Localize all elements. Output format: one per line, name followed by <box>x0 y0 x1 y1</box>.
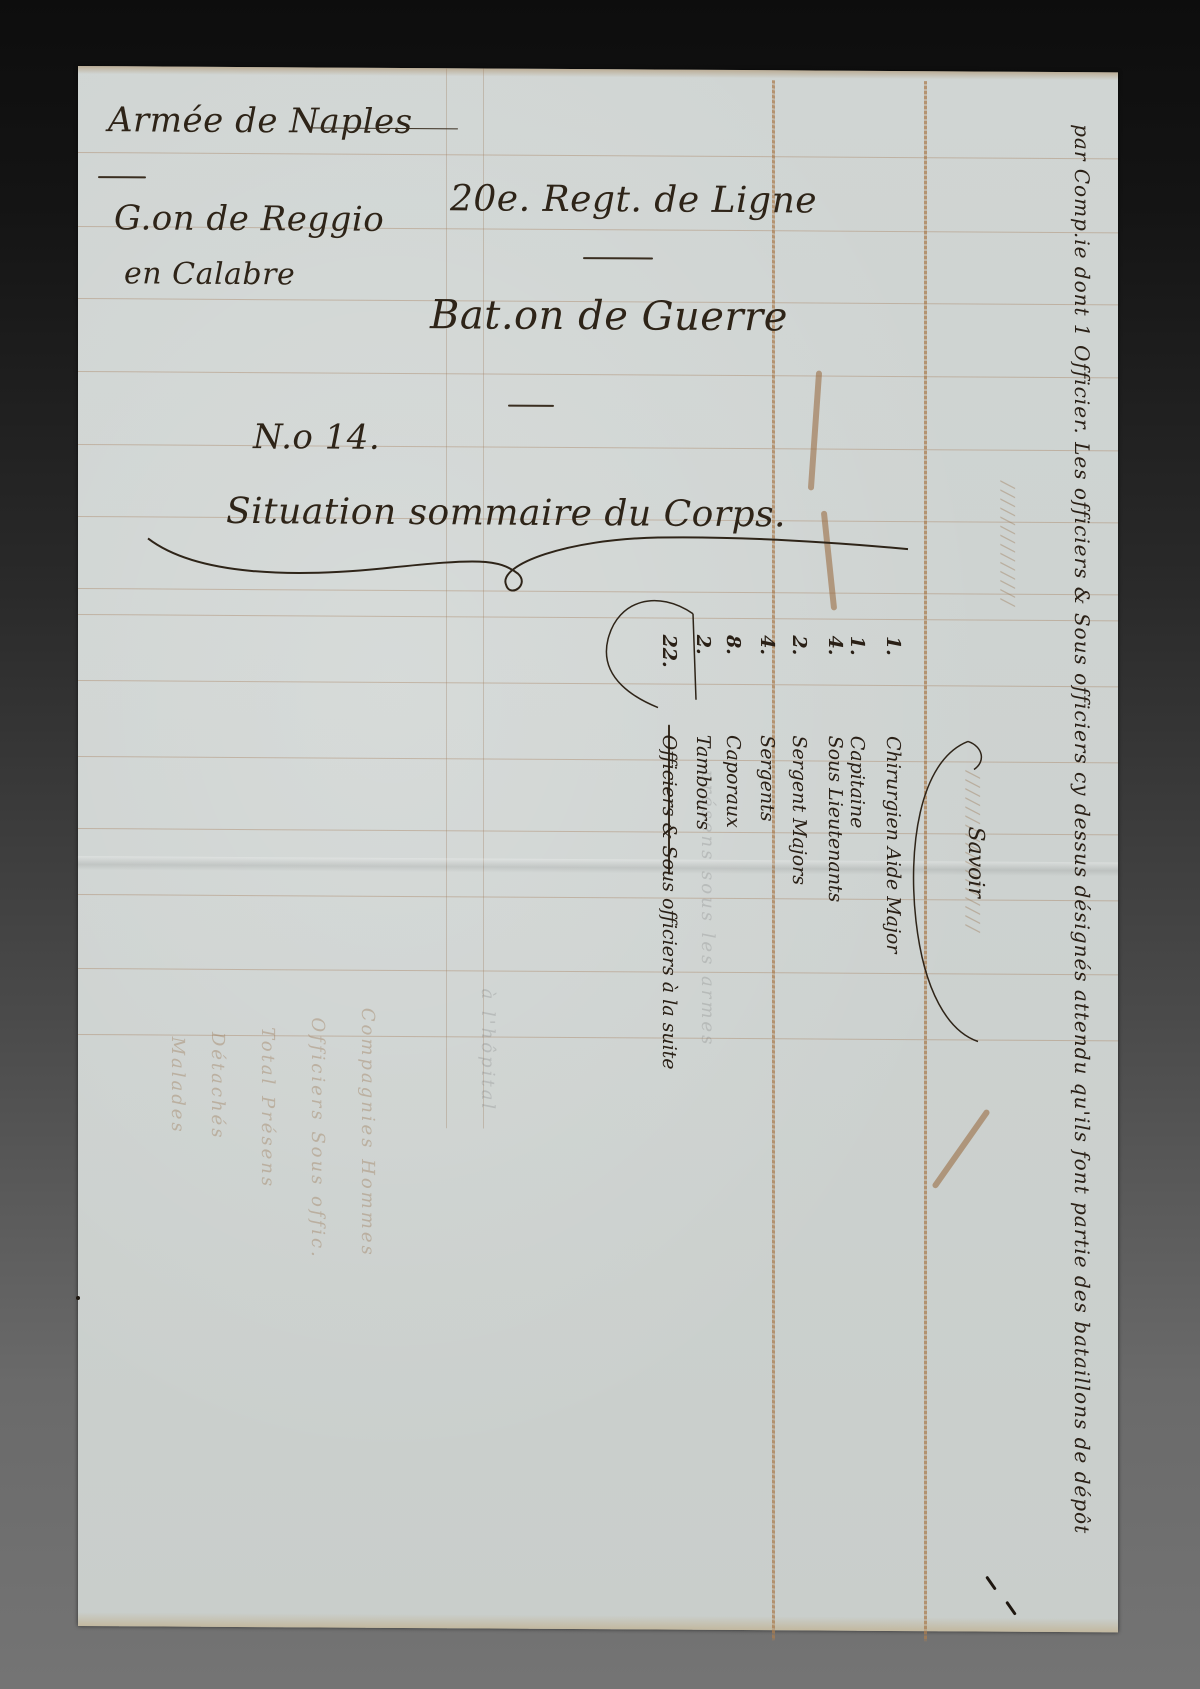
item-count: 1. <box>882 636 904 736</box>
list-heading: Savoir <box>963 826 988 898</box>
total-count: 22. <box>658 635 680 735</box>
bleed-through-text: Compagnies Hommes <box>357 1008 378 1258</box>
item-count: 2. <box>788 635 810 735</box>
ink-mark <box>985 1576 997 1591</box>
item-count: 8. <box>722 635 744 735</box>
ink-blot <box>931 1108 990 1189</box>
garrison-line-2: en Calabre <box>124 256 295 292</box>
item-count: 4. <box>756 635 778 735</box>
list-item: 1.Chirurgien Aide Major <box>882 636 904 954</box>
title-flourish <box>138 516 918 601</box>
bleed-through-text: à l'hôpital <box>477 988 498 1112</box>
item-label: Capitaine <box>846 736 868 829</box>
regiment-underline <box>583 257 653 259</box>
regiment-name: 20e. Regt. de Ligne <box>450 178 817 221</box>
total-bracket <box>598 589 698 710</box>
item-label: Caporaux <box>722 735 744 828</box>
separator-dash <box>508 405 554 407</box>
bleed-through-text: Détachés <box>207 1032 228 1141</box>
ink-mark <box>1005 1601 1017 1616</box>
garrison-line-1: G.on de Reggio <box>114 198 384 240</box>
list-item: 4.Sergents <box>756 635 778 822</box>
bleed-through-text: Total Présens <box>257 1027 278 1189</box>
document-number: N.o 14. <box>253 417 380 458</box>
bleed-through-text: Malades <box>167 1037 188 1135</box>
army-name: Armée de Naples <box>108 100 413 142</box>
paper-edge-top <box>78 66 1118 80</box>
item-label: Sergent Majors <box>788 735 810 885</box>
total-label: Officiers & Sous officiers à la suite <box>658 735 680 1070</box>
separator-dash <box>98 176 146 178</box>
item-count: 4. <box>824 636 846 736</box>
item-label: Tambours <box>692 735 714 830</box>
margin-note: par Comp.ie dont 1 Officier. Les officie… <box>1070 124 1094 1534</box>
list-item: 1.Capitaine <box>846 636 868 829</box>
list-item: 2.Sergent Majors <box>788 635 810 885</box>
bleed-through-text: Officiers Sous offic. <box>307 1017 328 1259</box>
list-item: 4.Sous Lieutenants <box>824 636 846 903</box>
ink-dot <box>76 1296 80 1300</box>
ink-blot <box>808 370 822 490</box>
ruled-line <box>78 371 1118 378</box>
list-total: 22.Officiers & Sous officiers à la suite <box>658 635 680 1070</box>
paper-edge-bottom <box>78 1612 1118 1632</box>
item-label: Chirurgien Aide Major <box>882 736 904 954</box>
ruled-line <box>78 152 1118 159</box>
list-item: 8.Caporaux <box>722 635 744 828</box>
battalion-name: Bat.on de Guerre <box>430 292 788 340</box>
item-count: 1. <box>846 636 868 736</box>
ruled-line <box>78 444 1118 451</box>
item-label: Sous Lieutenants <box>824 736 846 903</box>
item-label: Sergents <box>756 735 778 822</box>
bleed-through-text: ////////////// <box>997 482 1018 609</box>
manuscript-page: Compagnies Hommes Officiers Sous offic. … <box>78 66 1118 1632</box>
